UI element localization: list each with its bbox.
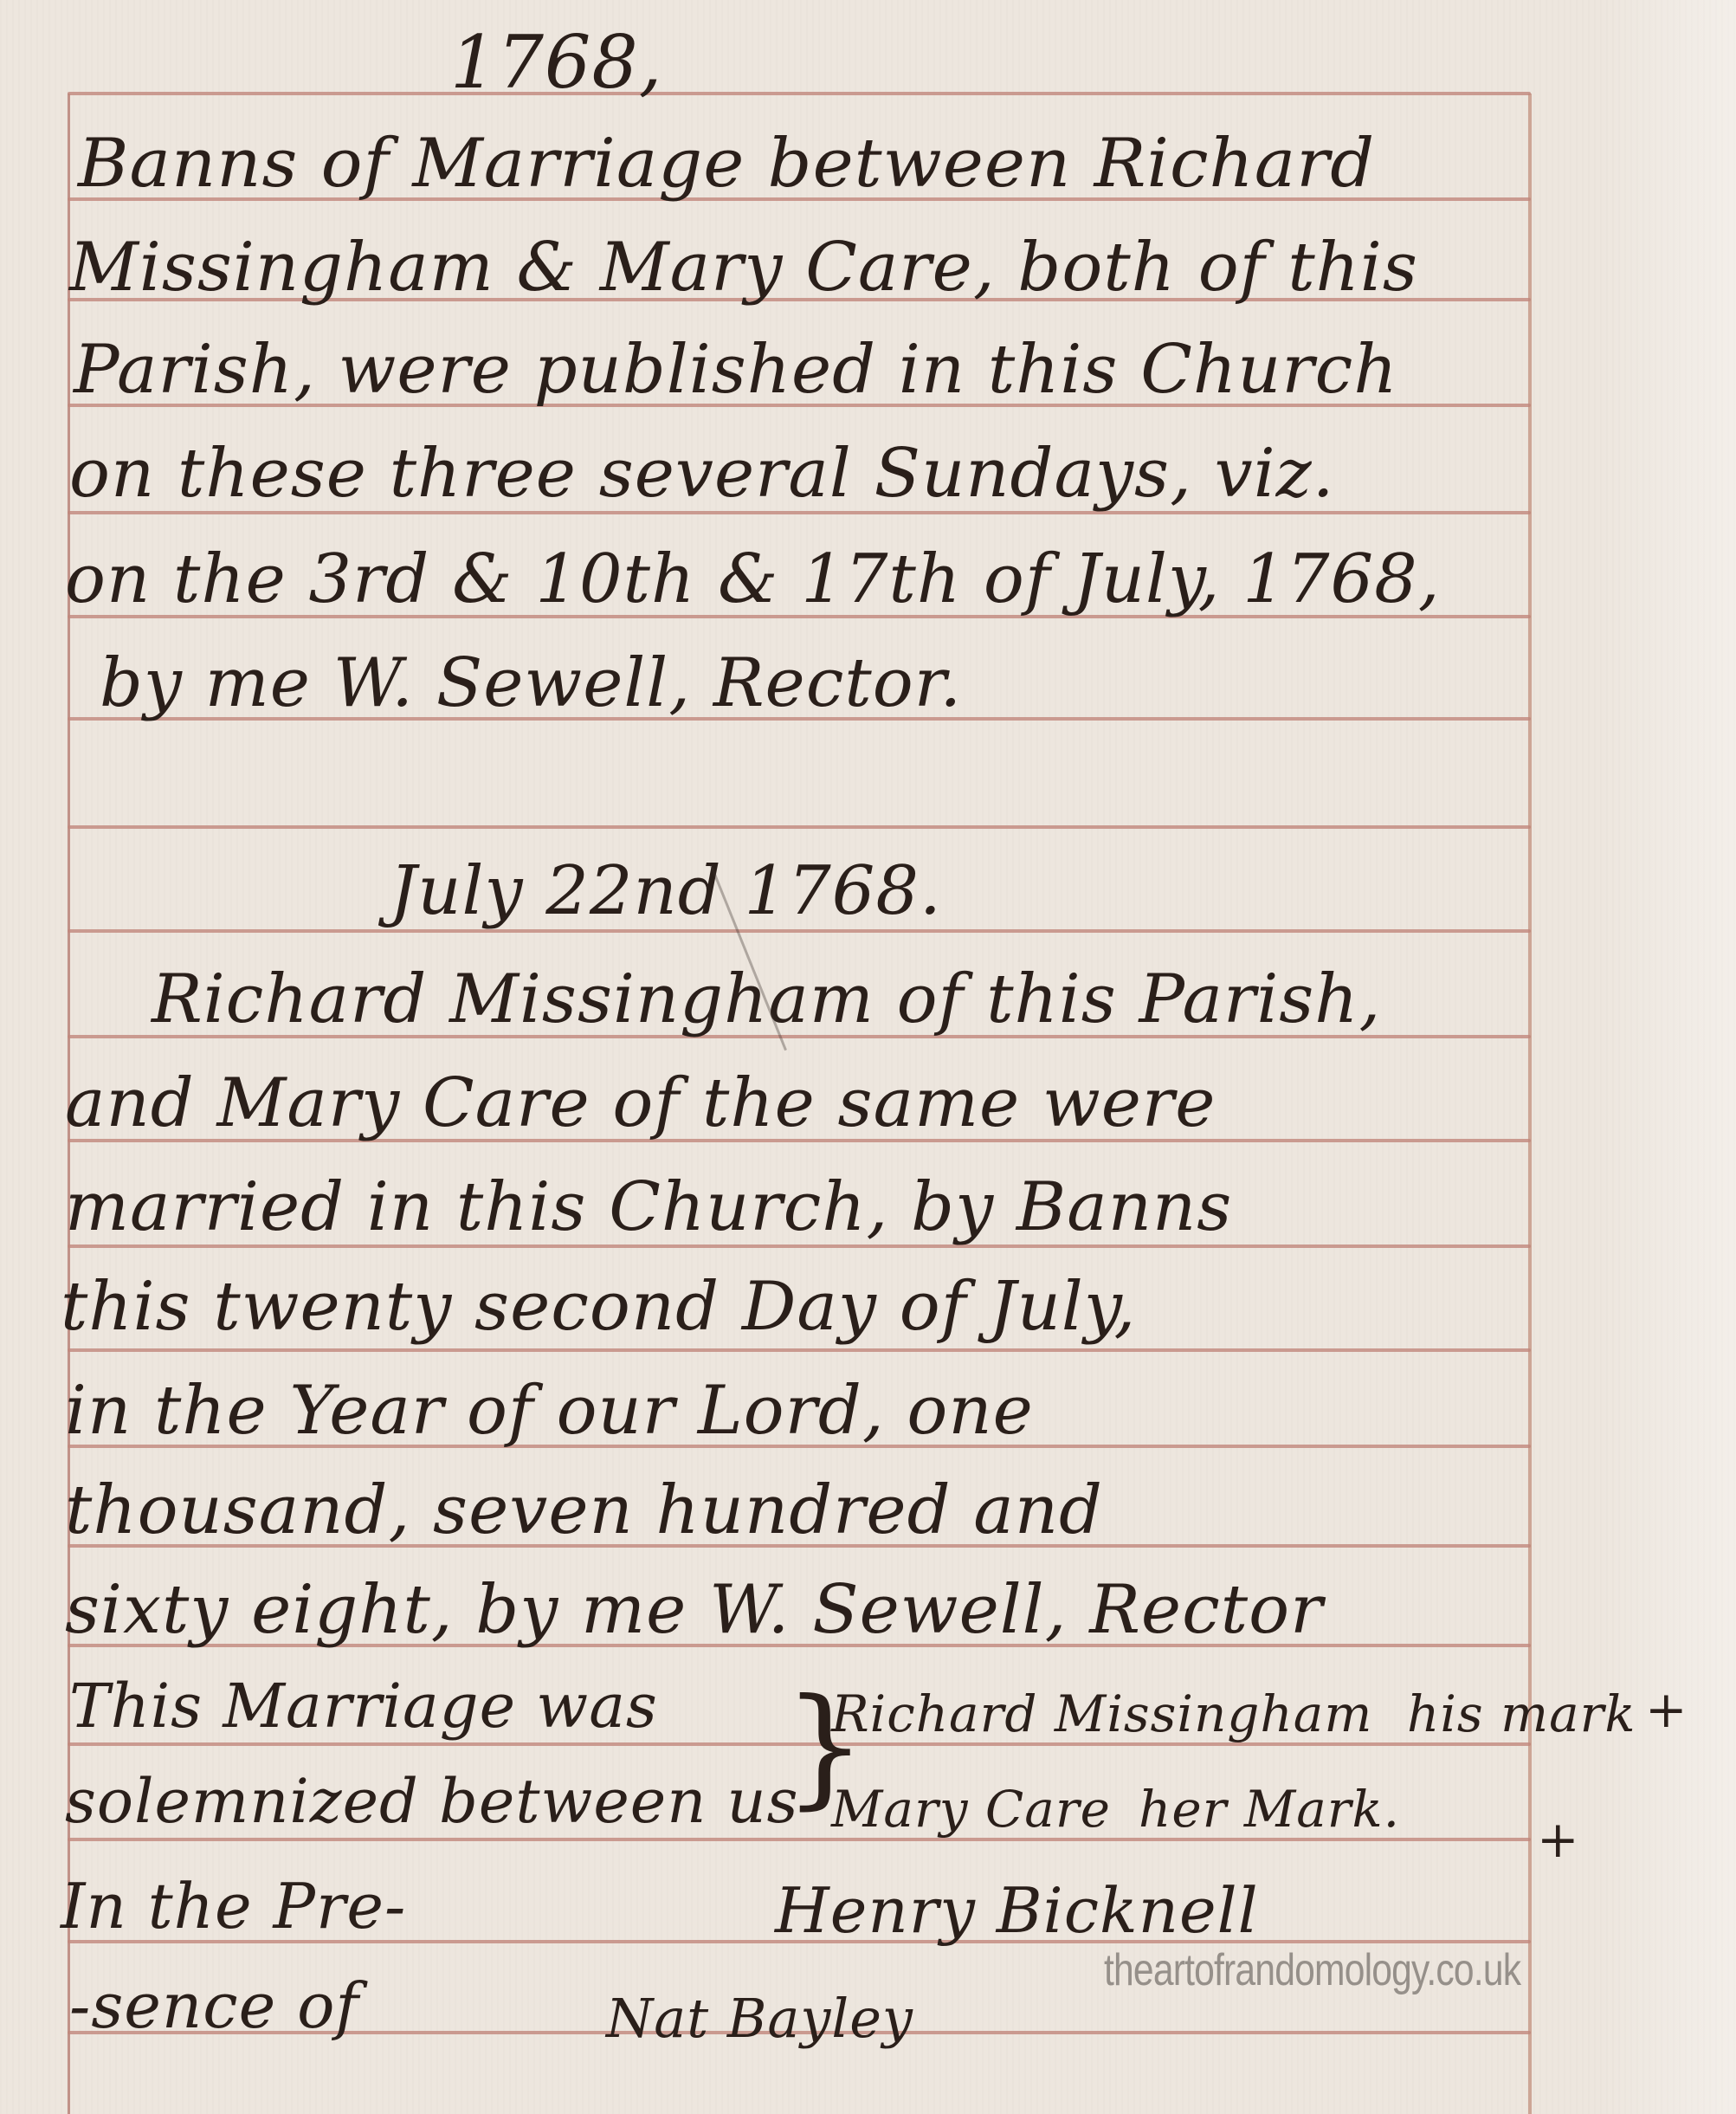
heading-year: 1768, (450, 26, 662, 99)
marriage-line-6: thousand, seven hundred and (65, 1477, 1103, 1544)
presence-label-2: -sence of (69, 1975, 359, 2037)
marriage-line-4: this twenty second Day of July, (61, 1273, 1136, 1341)
ruled-line (68, 825, 1531, 829)
marriage-line-5: in the Year of our Lord, one (65, 1377, 1034, 1445)
banns-line-1: Banns of Marriage between Richard (78, 130, 1375, 197)
banns-line-6: by me W. Sewell, Rector. (100, 650, 962, 717)
banns-line-5: on the 3rd & 10th & 17th of July, 1768, (65, 546, 1441, 613)
presence-label-1: In the Pre- (61, 1875, 406, 1937)
party-1-cross-mark: + (1645, 1684, 1688, 1735)
right-margin-line (1528, 94, 1532, 2114)
banns-line-4: on these three several Sundays, viz. (69, 440, 1335, 507)
register-page: 1768, Banns of Marriage between Richard … (0, 0, 1736, 2114)
party-1-name: Richard Missingham (831, 1689, 1372, 1739)
party-2-name: Mary Care (831, 1784, 1111, 1834)
watermark-text: theartofrandomology.co.uk (1104, 1944, 1520, 1996)
banns-line-2: Missingham & Mary Care, both of this (69, 234, 1418, 301)
ruled-line (68, 1348, 1531, 1352)
witness-2: Nat Bayley (606, 1992, 913, 2046)
solemnized-label-1: This Marriage was (69, 1676, 658, 1736)
witness-1: Henry Bicknell (775, 1879, 1259, 1942)
party-1-mark-text: his mark (1407, 1689, 1636, 1739)
marriage-date: July 22nd 1768. (390, 857, 942, 925)
banns-line-3: Parish, were published in this Church (74, 336, 1398, 404)
ruled-line (68, 92, 1531, 95)
marriage-line-7: sixty eight, by me W. Sewell, Rector (65, 1576, 1323, 1644)
party-2-cross-mark: + (1537, 1814, 1580, 1865)
party-2-mark-text: her Mark. (1139, 1784, 1400, 1834)
marriage-line-3: married in this Church, by Banns (65, 1173, 1232, 1241)
marriage-line-2: and Mary Care of the same were (65, 1070, 1216, 1137)
solemnized-label-2: solemnized between us (65, 1771, 799, 1832)
